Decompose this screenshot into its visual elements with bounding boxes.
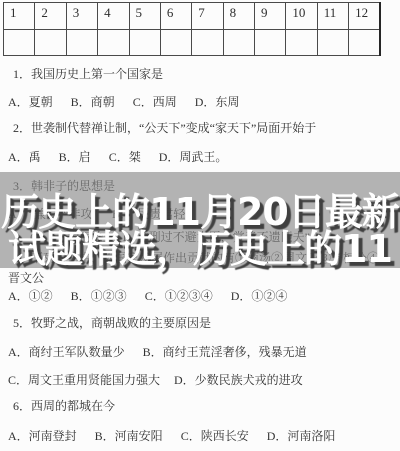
answer-cell-4: 4 (98, 3, 129, 30)
option-4a: A．①② (8, 287, 53, 304)
answer-cell-3: 3 (66, 3, 97, 30)
option-6c: C．陕西长安 (181, 427, 249, 444)
question-1-text: 1．我国历史上第一个国家是 (13, 65, 163, 82)
answer-cell-6: 6 (160, 3, 191, 30)
answer-blank-cell (35, 30, 66, 56)
option-6b: B．河南安阳 (95, 427, 163, 444)
answer-cell-12: 12 (349, 3, 380, 30)
option-2b: B．启 (59, 148, 91, 165)
option-4d: D．①②④ (231, 287, 288, 304)
question-6-text: 6．西周的都城在今 (13, 397, 115, 414)
question-1-options: A．夏朝B．商朝C．西周D．东周 (8, 93, 257, 110)
answer-blank-cell (223, 30, 254, 56)
exam-document: 1 2 3 4 5 6 7 8 9 10 11 12 (0, 0, 400, 451)
question-4-options: A．①②B．①②③C．①②③④D．①②④ (8, 287, 305, 304)
option-5a: A．商纣王军队数量少 (8, 343, 125, 360)
answer-blank-cell (4, 30, 35, 56)
answer-cell-5: 5 (129, 3, 160, 30)
answer-cell-8: 8 (223, 3, 254, 30)
question-6-options: A．河南登封B．河南安阳C．陕西长安D．河南洛阳 (8, 427, 353, 444)
option-2d: D．周武王。 (159, 148, 228, 165)
question-2-text: 2．世袭制代替禅让制，“公天下”变成“家天下”局面开始于 (13, 119, 316, 136)
question-2-options: A．禹B．启C．桀D．周武王。 (8, 148, 245, 165)
watermark-line-2: 试题精选，历史上的11 (0, 231, 400, 268)
option-1b: B．商朝 (71, 93, 115, 110)
answer-blank-cell (160, 30, 191, 56)
answer-cell-11: 11 (317, 3, 348, 30)
answer-cell-10: 10 (286, 3, 317, 30)
answer-blank-cell (317, 30, 348, 56)
option-1d: D．东周 (195, 93, 240, 110)
question-5-options-row1: A．商纣王军队数量少B．商纣王荒淫奢侈，残暴无道 (8, 343, 325, 360)
option-1a: A．夏朝 (8, 93, 53, 110)
answer-sheet-table: 1 2 3 4 5 6 7 8 9 10 11 12 (3, 2, 381, 56)
question-5-options-row2: C．周文王重用贤能国力强大D．少数民族犬戎的进攻 (8, 371, 317, 388)
option-5d: D．少数民族犬戎的进攻 (174, 371, 303, 388)
option-5b: B．商纣王荒淫奢侈，残暴无道 (143, 343, 307, 360)
option-6d: D．河南洛阳 (267, 427, 336, 444)
answer-cell-1: 1 (4, 3, 35, 30)
option-5c: C．周文王重用贤能国力强大 (8, 371, 160, 388)
answer-blank-cell (66, 30, 97, 56)
option-2c: C．桀 (109, 148, 141, 165)
option-1c: C．西周 (133, 93, 177, 110)
option-2a: A．禹 (8, 148, 41, 165)
question-5-text: 5．牧野之战，商朝战败的主要原因是 (13, 314, 211, 331)
answer-blank-cell (255, 30, 286, 56)
option-4b: B．①②③ (71, 287, 127, 304)
answer-blank-cell (286, 30, 317, 56)
option-4c: C．①②③④ (145, 287, 213, 304)
answer-blank-cell (129, 30, 160, 56)
answer-blank-cell (349, 30, 380, 56)
watermark-line-1: 历史上的11月20日最新 (0, 194, 400, 231)
watermark-title: 历史上的11月20日最新 试题精选，历史上的11 (0, 194, 400, 268)
answer-blank-cell (192, 30, 223, 56)
answer-grid-blank-row (4, 30, 381, 56)
answer-blank-cell (98, 30, 129, 56)
question-4-text-wrap: 晋文公 (8, 269, 44, 286)
answer-cell-2: 2 (35, 3, 66, 30)
answer-grid-number-row: 1 2 3 4 5 6 7 8 9 10 11 12 (4, 3, 381, 30)
answer-cell-7: 7 (192, 3, 223, 30)
option-6a: A．河南登封 (8, 427, 77, 444)
answer-cell-9: 9 (255, 3, 286, 30)
